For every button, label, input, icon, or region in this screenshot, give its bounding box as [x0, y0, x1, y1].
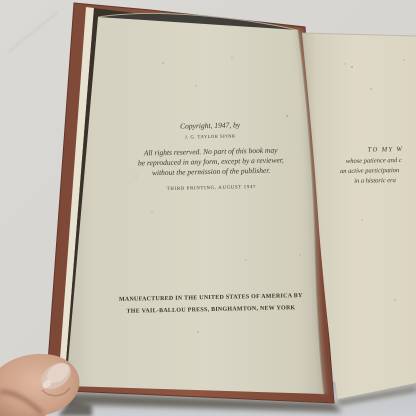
dedication-line-2: whose patience and c: [346, 157, 402, 165]
printing-notice: THIRD PRINTING, AUGUST 1947: [111, 184, 311, 193]
dedication-line-4: in a historic era: [354, 177, 396, 185]
book-photo-scene: Copyright, 1947, by J. G. TAYLOR SPINK A…: [0, 0, 416, 416]
right-page-text: TO MY W whose patience and c an active p…: [329, 139, 416, 201]
left-page-text: Copyright, 1947, by J. G. TAYLOR SPINK A…: [58, 107, 362, 323]
rights-statement: All rights reserved. No part of this boo…: [121, 145, 302, 179]
copyright-line: Copyright, 1947, by: [110, 119, 310, 132]
dedication-line-3: an active participation: [340, 167, 399, 175]
manufacturer-statement: MANUFACTURED IN THE UNITED STATES OF AME…: [95, 291, 327, 319]
publisher-name: J. G. TAYLOR SPINK: [110, 132, 310, 141]
dedication-line-1: TO MY W: [368, 146, 404, 154]
